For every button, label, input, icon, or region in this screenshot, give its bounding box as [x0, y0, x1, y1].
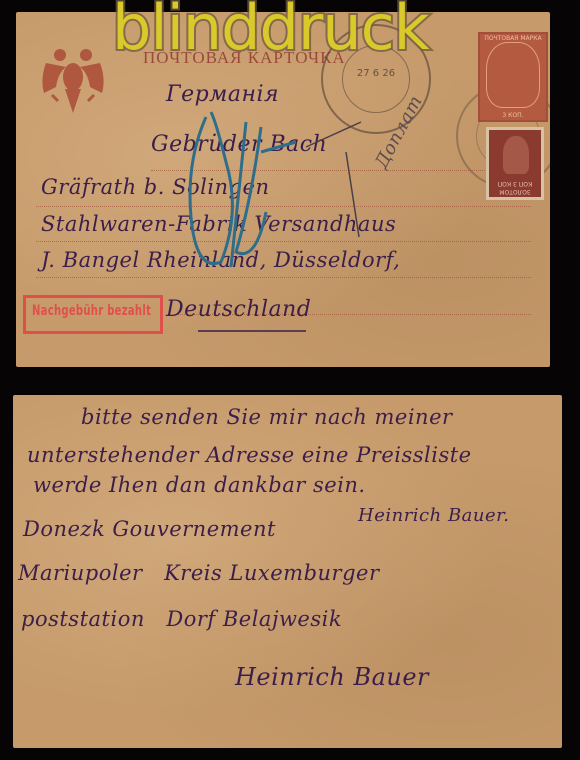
message-line-2: unterstehender Adresse eine Preissliste	[27, 443, 472, 467]
return-address-line-1: Donezk Gouvernement	[23, 517, 276, 541]
return-address-line-2: Mariupoler Kreis Luxemburger	[18, 561, 380, 585]
postcard-back: bitte senden Sie mir nach meiner unterst…	[13, 395, 562, 748]
message-line-1: bitte senden Sie mir nach meiner	[81, 405, 453, 429]
postage-due-paid-cachet: Nachgebühr bezahlt	[23, 295, 163, 334]
message-signature: Heinrich Bauer.	[358, 505, 510, 526]
message-line-3: werde Ihen dan dankbar sein.	[33, 473, 366, 497]
postcard-front: ПОЧТОВАЯ КАРТОЧКА 27 6 26 ПОЧТОВАЯ МАРКА…	[16, 12, 550, 367]
watermark-text: blinddruck	[112, 0, 429, 64]
return-address-line-3: poststation Dorf Belajwesik	[21, 607, 342, 631]
sender-signature: Heinrich Bauer	[235, 663, 429, 691]
